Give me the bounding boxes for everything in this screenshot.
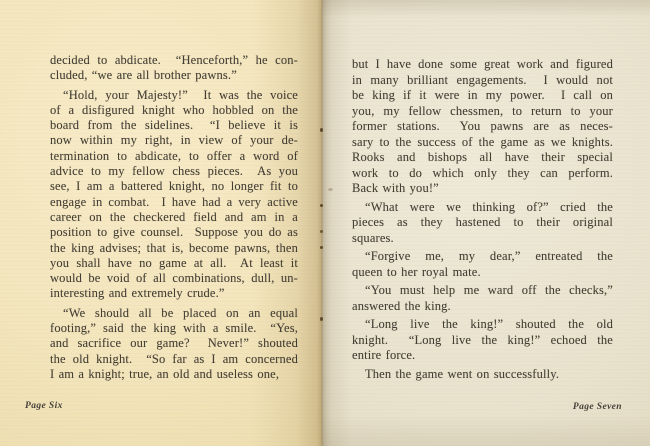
text-line: advice to my fellow chess pieces. As you (50, 164, 298, 179)
paragraph: decided to abdicate. “Henceforth,” he co… (50, 53, 298, 84)
text-line: knight. “Long live the king!” echoed the (352, 333, 613, 349)
text-line: work to do which only they can perform. (352, 166, 613, 182)
text-line: termination to abdicate, to offer a word… (50, 149, 298, 164)
text-line: I am a knight; true, an old and useless … (50, 367, 298, 382)
paragraph: “Forgive me, my dear,” entreated thequee… (352, 249, 613, 280)
text-line: “Long live the king!” shouted the old (352, 317, 613, 333)
text-line: position to give counsel. Suppose you do… (50, 225, 298, 240)
text-line: “Hold, your Majesty!” It was the voice (50, 88, 298, 103)
text-line: Then the game went on successfully. (352, 367, 613, 383)
text-line: board from the sidelines. “I believe it … (50, 118, 298, 133)
text-line: “You must help me ward off the checks,” (352, 283, 613, 299)
text-line: but I have done some great work and figu… (352, 57, 613, 73)
page-number-right: Page Seven (573, 402, 622, 412)
text-line: of a disfigured knight who hobbled on th… (50, 103, 298, 118)
text-line: now within my right, in view of your de- (50, 133, 298, 148)
page-number-left: Page Six (25, 401, 63, 411)
text-line: and sacrifice our game? Never!” shouted (50, 336, 298, 351)
text-line: interesting and extremely crude.” (50, 286, 298, 301)
text-line: squares. (352, 231, 613, 247)
text-line: pieces as they hastened to their origina… (352, 215, 613, 231)
text-line: decided to abdicate. “Henceforth,” he co… (50, 53, 298, 68)
text-line: Rooks and bishops all have their special (352, 150, 613, 166)
text-line: Back with you!” (352, 181, 613, 197)
book-scan: decided to abdicate. “Henceforth,” he co… (0, 0, 650, 446)
text-line: queen to her royal mate. (352, 265, 613, 281)
text-line: cluded, “we are all brother pawns.” (50, 68, 298, 83)
text-line: the old knight. “So far as I am concerne… (50, 352, 298, 367)
text-line: sary to the success of the game as we kn… (352, 135, 613, 151)
text-line: “What were we thinking of?” cried the (352, 200, 613, 216)
text-line: career on the checkered field and am in … (50, 210, 298, 225)
paragraph: “Long live the king!” shouted the oldkni… (352, 317, 613, 364)
paragraph: “You must help me ward off the checks,”a… (352, 283, 613, 314)
text-line: “We should all be placed on an equal (50, 306, 298, 321)
left-page-text: decided to abdicate. “Henceforth,” he co… (50, 53, 298, 386)
text-line: answered the king. (352, 299, 613, 315)
paragraph: “We should all be placed on an equalfoot… (50, 306, 298, 382)
text-line: “Forgive me, my dear,” entreated the (352, 249, 613, 265)
text-line: you shall have no game at all. At least … (50, 256, 298, 271)
text-line: the king advises; that is, become pawns,… (50, 241, 298, 256)
text-line: former stations. You pawns are as neces- (352, 119, 613, 135)
right-page: but I have done some great work and figu… (322, 0, 650, 446)
text-line: would be void of all combinations, dull,… (50, 271, 298, 286)
paragraph: “What were we thinking of?” cried thepie… (352, 200, 613, 247)
text-line: you, my fellow chessmen, to return to yo… (352, 104, 613, 120)
right-page-text: but I have done some great work and figu… (352, 57, 613, 385)
left-page: decided to abdicate. “Henceforth,” he co… (0, 0, 322, 446)
text-line: be king if it were in my power. I call o… (352, 88, 613, 104)
text-line: entire force. (352, 348, 613, 364)
text-line: in many brilliant engagements. I would n… (352, 73, 613, 89)
text-line: footing,” said the king with a smile. “Y… (50, 321, 298, 336)
paragraph: “Hold, your Majesty!” It was the voiceof… (50, 88, 298, 302)
paragraph: but I have done some great work and figu… (352, 57, 613, 197)
paragraph: Then the game went on successfully. (352, 367, 613, 383)
text-line: see, I am a battered knight, no longer f… (50, 179, 298, 194)
text-line: engage in combat. I have had a very acti… (50, 195, 298, 210)
